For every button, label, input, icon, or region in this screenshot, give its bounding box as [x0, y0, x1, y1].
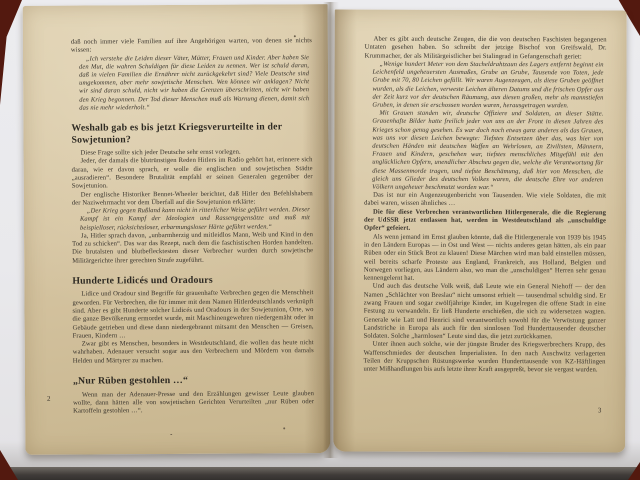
page-number-right: 3: [598, 406, 602, 414]
paragraph: Ja, Hitler sprach davon, „unbarmherzig u…: [72, 231, 313, 266]
paragraph: „Ich verstehe die Leiden dieser Väter, M…: [71, 54, 312, 113]
section-heading: Hunderte Lidicés und Oradours: [72, 274, 313, 287]
paragraph: Jeder, der damals die blutrünstigen Rede…: [72, 156, 313, 191]
paragraph: Zwar gibt es Menschen, besonders in West…: [73, 339, 314, 365]
page-right-text: Aber es gibt auch deutsche Zeugen, die d…: [363, 36, 606, 423]
paragraph: Wenn man der Adenauer-Presse und den Erz…: [73, 390, 314, 416]
section-heading: „Nur Rüben gestohlen …“: [73, 374, 314, 387]
paragraph: Und auch das deutsche Volk weiß, daß Leu…: [364, 283, 606, 342]
paper-speck: [170, 434, 172, 435]
paper-speck: [283, 427, 285, 429]
paragraph: Als wenn jemand im Ernst glauben könnte,…: [364, 233, 606, 284]
page-right: Aber es gibt auch deutsche Zeugen, die d…: [333, 9, 627, 452]
page-number-left: 2: [47, 395, 51, 403]
open-booklet: daß noch immer viele Familien auf ihre A…: [0, 0, 640, 480]
page-left: daß noch immer viele Familien auf ihre A…: [23, 4, 331, 455]
paragraph: Das ist nur ein Augenzeugenbericht von T…: [364, 192, 606, 209]
photo-of-open-booklet: daß noch immer viele Familien auf ihre A…: [0, 0, 640, 480]
paragraph: „Der Krieg gegen Rußland kann nicht in r…: [72, 206, 313, 232]
section-heading: Weshalb gab es bis jetzt Kriegsverurteil…: [71, 121, 312, 145]
paragraph: Unter ihnen auch solche, wie der jüngste…: [363, 341, 605, 375]
paper-speck: [294, 35, 296, 37]
paragraph: daß noch immer viele Familien auf ihre A…: [71, 37, 312, 55]
paragraph: Aber es gibt auch deutsche Zeugen, die d…: [365, 36, 607, 62]
paragraph: Lidice und Oradour sind Begriffe für gra…: [72, 290, 313, 341]
paragraph: Der englische Historiker Bennet-Wheeler …: [72, 190, 313, 208]
paragraph: „Wenige hundert Meter von dem Stacheldra…: [364, 60, 606, 110]
page-left-text: daß noch immer viele Familien auf ihre A…: [71, 37, 314, 414]
paragraph: Die für diese Verbrechen verantwortliche…: [364, 208, 606, 234]
paragraph: Mit Grauen standen wir, deutsche Offizie…: [364, 110, 606, 193]
